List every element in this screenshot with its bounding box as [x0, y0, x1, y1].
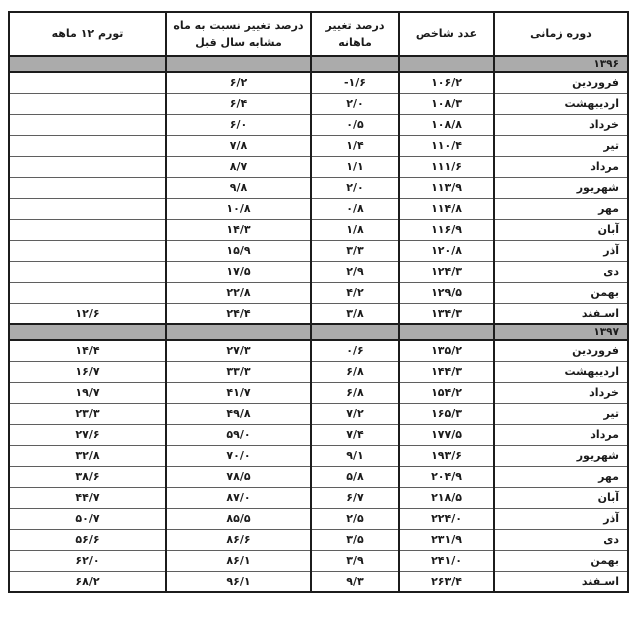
monthly-change-cell: ۵/۸ — [311, 466, 399, 487]
yoy-change-cell: ۶/۴ — [166, 93, 311, 114]
index-value-cell: ۲۲۴/۰ — [399, 508, 494, 529]
year-label-cell: ۱۳۹۶ — [494, 56, 628, 72]
month-name-cell: آبان — [494, 487, 628, 508]
header-monthly-change: درصد تغییر ماهانه — [311, 12, 399, 56]
yoy-change-cell: ۸۵/۵ — [166, 508, 311, 529]
index-value-cell: ۱۱۱/۶ — [399, 156, 494, 177]
monthly-change-cell: ۴/۲ — [311, 282, 399, 303]
index-value-cell: ۱۲۴/۳ — [399, 261, 494, 282]
month-name-cell: اسـفند — [494, 571, 628, 592]
yoy-change-cell: ۸/۷ — [166, 156, 311, 177]
yoy-change-cell: ۲۲/۸ — [166, 282, 311, 303]
annual-inflation-cell: ۵۰/۷ — [9, 508, 166, 529]
monthly-change-cell: ۷/۴ — [311, 424, 399, 445]
yoy-change-cell: ۲۴/۴ — [166, 303, 311, 324]
table-row: مهر ۱۱۴/۸ ۰/۸ ۱۰/۸ — [9, 198, 628, 219]
yoy-change-cell: ۱۰/۸ — [166, 198, 311, 219]
year-row: ۱۳۹۷ — [9, 324, 628, 340]
table-row: فروردین ۱۳۵/۲ ۰/۶ ۲۷/۳ ۱۴/۴ — [9, 340, 628, 361]
table-header: دوره زمانی عدد شاخص درصد تغییر ماهانه در… — [9, 12, 628, 56]
annual-inflation-cell — [9, 240, 166, 261]
annual-inflation-cell: ۱۴/۴ — [9, 340, 166, 361]
annual-inflation-cell — [9, 114, 166, 135]
header-annual-inflation: تورم ۱۲ ماهه — [9, 12, 166, 56]
index-value-cell: ۱۱۳/۹ — [399, 177, 494, 198]
table-row: آذر ۲۲۴/۰ ۲/۵ ۸۵/۵ ۵۰/۷ — [9, 508, 628, 529]
table-row: تیر ۱۱۰/۴ ۱/۴ ۷/۸ — [9, 135, 628, 156]
index-value-cell: ۱۱۴/۸ — [399, 198, 494, 219]
month-name-cell: مهر — [494, 198, 628, 219]
year-label-cell: ۱۳۹۷ — [494, 324, 628, 340]
monthly-change-cell: ۲/۵ — [311, 508, 399, 529]
index-value-cell: ۱۰۸/۳ — [399, 93, 494, 114]
yoy-change-cell: ۳۳/۳ — [166, 361, 311, 382]
monthly-change-cell: ۶/۸ — [311, 382, 399, 403]
monthly-change-cell: ۰/۶ — [311, 340, 399, 361]
table-row: اردیبهشت ۱۰۸/۳ ۲/۰ ۶/۴ — [9, 93, 628, 114]
table-row: اسـفند ۲۶۳/۴ ۹/۳ ۹۶/۱ ۶۸/۲ — [9, 571, 628, 592]
table-row: اردیبهشت ۱۴۴/۳ ۶/۸ ۳۳/۳ ۱۶/۷ — [9, 361, 628, 382]
month-name-cell: فروردین — [494, 340, 628, 361]
month-name-cell: شهریور — [494, 445, 628, 466]
annual-inflation-cell — [9, 198, 166, 219]
table-row: شهریور ۱۹۳/۶ ۹/۱ ۷۰/۰ ۳۲/۸ — [9, 445, 628, 466]
month-name-cell: خرداد — [494, 114, 628, 135]
index-value-cell: ۱۱۰/۴ — [399, 135, 494, 156]
table-row: مهر ۲۰۴/۹ ۵/۸ ۷۸/۵ ۳۸/۶ — [9, 466, 628, 487]
year-row: ۱۳۹۶ — [9, 56, 628, 72]
annual-inflation-cell: ۱۹/۷ — [9, 382, 166, 403]
index-value-cell: ۲۶۳/۴ — [399, 571, 494, 592]
monthly-change-cell: ۶/۷ — [311, 487, 399, 508]
monthly-change-cell: ۳/۹ — [311, 550, 399, 571]
header-index-number: عدد شاخص — [399, 12, 494, 56]
monthly-change-cell: ۱/۸ — [311, 219, 399, 240]
monthly-change-cell: ۳/۸ — [311, 303, 399, 324]
table-row: مرداد ۱۱۱/۶ ۱/۱ ۸/۷ — [9, 156, 628, 177]
year-row-empty-cell — [399, 56, 494, 72]
year-row-empty-cell — [9, 324, 166, 340]
table-row: آذر ۱۲۰/۸ ۳/۳ ۱۵/۹ — [9, 240, 628, 261]
annual-inflation-cell: ۶۲/۰ — [9, 550, 166, 571]
yoy-change-cell: ۷/۸ — [166, 135, 311, 156]
annual-inflation-cell — [9, 72, 166, 93]
month-name-cell: اسـفند — [494, 303, 628, 324]
annual-inflation-cell: ۴۴/۷ — [9, 487, 166, 508]
monthly-change-cell: ۹/۳ — [311, 571, 399, 592]
annual-inflation-cell: ۲۳/۳ — [9, 403, 166, 424]
table-row: آبان ۱۱۶/۹ ۱/۸ ۱۴/۳ — [9, 219, 628, 240]
index-value-cell: ۲۳۱/۹ — [399, 529, 494, 550]
month-name-cell: بهمن — [494, 550, 628, 571]
month-name-cell: آذر — [494, 508, 628, 529]
annual-inflation-cell — [9, 219, 166, 240]
yoy-change-cell: ۸۷/۰ — [166, 487, 311, 508]
monthly-change-cell: ۳/۵ — [311, 529, 399, 550]
month-name-cell: اردیبهشت — [494, 93, 628, 114]
cpi-table-container: دوره زمانی عدد شاخص درصد تغییر ماهانه در… — [8, 11, 627, 593]
yoy-change-cell: ۴۹/۸ — [166, 403, 311, 424]
header-period: دوره زمانی — [494, 12, 628, 56]
monthly-change-cell: ۶/۸ — [311, 361, 399, 382]
yoy-change-cell: ۲۷/۳ — [166, 340, 311, 361]
header-yoy-change: درصد تغییر نسبت به ماه مشابه سال قبل — [166, 12, 311, 56]
annual-inflation-cell — [9, 261, 166, 282]
index-value-cell: ۱۲۹/۵ — [399, 282, 494, 303]
yoy-change-cell: ۹/۸ — [166, 177, 311, 198]
table-row: آبان ۲۱۸/۵ ۶/۷ ۸۷/۰ ۴۴/۷ — [9, 487, 628, 508]
month-name-cell: مرداد — [494, 424, 628, 445]
table-row: اسـفند ۱۳۴/۳ ۳/۸ ۲۴/۴ ۱۲/۶ — [9, 303, 628, 324]
annual-inflation-cell — [9, 135, 166, 156]
year-row-empty-cell — [311, 56, 399, 72]
index-value-cell: ۲۴۱/۰ — [399, 550, 494, 571]
year-row-empty-cell — [311, 324, 399, 340]
monthly-change-cell: ۱/۱ — [311, 156, 399, 177]
table-row: خرداد ۱۰۸/۸ ۰/۵ ۶/۰ — [9, 114, 628, 135]
yoy-change-cell: ۱۴/۳ — [166, 219, 311, 240]
year-row-empty-cell — [399, 324, 494, 340]
month-name-cell: آبان — [494, 219, 628, 240]
yoy-change-cell: ۷۸/۵ — [166, 466, 311, 487]
table-row: بهمن ۲۴۱/۰ ۳/۹ ۸۶/۱ ۶۲/۰ — [9, 550, 628, 571]
annual-inflation-cell — [9, 177, 166, 198]
yoy-change-cell: ۶/۰ — [166, 114, 311, 135]
monthly-change-cell: ۲/۰ — [311, 177, 399, 198]
table-body: ۱۳۹۶ فروردین ۱۰۶/۲ -۱/۶ ۶/۲ اردیبهشت ۱۰۸… — [9, 56, 628, 592]
monthly-change-cell: ۷/۲ — [311, 403, 399, 424]
monthly-change-cell: -۱/۶ — [311, 72, 399, 93]
yoy-change-cell: ۱۷/۵ — [166, 261, 311, 282]
table-row: تیر ۱۶۵/۳ ۷/۲ ۴۹/۸ ۲۳/۳ — [9, 403, 628, 424]
index-value-cell: ۱۰۸/۸ — [399, 114, 494, 135]
annual-inflation-cell: ۳۸/۶ — [9, 466, 166, 487]
annual-inflation-cell: ۱۲/۶ — [9, 303, 166, 324]
year-row-empty-cell — [166, 56, 311, 72]
table-row: دی ۲۳۱/۹ ۳/۵ ۸۶/۶ ۵۶/۶ — [9, 529, 628, 550]
month-name-cell: دی — [494, 261, 628, 282]
index-value-cell: ۲۰۴/۹ — [399, 466, 494, 487]
cpi-table: دوره زمانی عدد شاخص درصد تغییر ماهانه در… — [8, 11, 629, 593]
monthly-change-cell: ۳/۳ — [311, 240, 399, 261]
year-row-empty-cell — [166, 324, 311, 340]
year-row-empty-cell — [9, 56, 166, 72]
index-value-cell: ۱۲۰/۸ — [399, 240, 494, 261]
monthly-change-cell: ۲/۰ — [311, 93, 399, 114]
month-name-cell: خرداد — [494, 382, 628, 403]
monthly-change-cell: ۱/۴ — [311, 135, 399, 156]
index-value-cell: ۱۷۷/۵ — [399, 424, 494, 445]
month-name-cell: اردیبهشت — [494, 361, 628, 382]
monthly-change-cell: ۲/۹ — [311, 261, 399, 282]
index-value-cell: ۱۶۵/۳ — [399, 403, 494, 424]
table-row: بهمن ۱۲۹/۵ ۴/۲ ۲۲/۸ — [9, 282, 628, 303]
annual-inflation-cell: ۶۸/۲ — [9, 571, 166, 592]
month-name-cell: مهر — [494, 466, 628, 487]
annual-inflation-cell — [9, 156, 166, 177]
month-name-cell: فروردین — [494, 72, 628, 93]
table-row: مرداد ۱۷۷/۵ ۷/۴ ۵۹/۰ ۲۷/۶ — [9, 424, 628, 445]
index-value-cell: ۲۱۸/۵ — [399, 487, 494, 508]
yoy-change-cell: ۱۵/۹ — [166, 240, 311, 261]
table-row: فروردین ۱۰۶/۲ -۱/۶ ۶/۲ — [9, 72, 628, 93]
yoy-change-cell: ۴۱/۷ — [166, 382, 311, 403]
month-name-cell: تیر — [494, 135, 628, 156]
yoy-change-cell: ۹۶/۱ — [166, 571, 311, 592]
monthly-change-cell: ۰/۸ — [311, 198, 399, 219]
yoy-change-cell: ۵۹/۰ — [166, 424, 311, 445]
month-name-cell: تیر — [494, 403, 628, 424]
index-value-cell: ۱۹۳/۶ — [399, 445, 494, 466]
index-value-cell: ۱۵۴/۲ — [399, 382, 494, 403]
index-value-cell: ۱۳۵/۲ — [399, 340, 494, 361]
annual-inflation-cell — [9, 93, 166, 114]
table-row: خرداد ۱۵۴/۲ ۶/۸ ۴۱/۷ ۱۹/۷ — [9, 382, 628, 403]
table-row: دی ۱۲۴/۳ ۲/۹ ۱۷/۵ — [9, 261, 628, 282]
month-name-cell: آذر — [494, 240, 628, 261]
monthly-change-cell: ۰/۵ — [311, 114, 399, 135]
annual-inflation-cell: ۱۶/۷ — [9, 361, 166, 382]
header-row: دوره زمانی عدد شاخص درصد تغییر ماهانه در… — [9, 12, 628, 56]
month-name-cell: شهریور — [494, 177, 628, 198]
yoy-change-cell: ۸۶/۶ — [166, 529, 311, 550]
month-name-cell: مرداد — [494, 156, 628, 177]
annual-inflation-cell: ۵۶/۶ — [9, 529, 166, 550]
yoy-change-cell: ۷۰/۰ — [166, 445, 311, 466]
table-row: شهریور ۱۱۳/۹ ۲/۰ ۹/۸ — [9, 177, 628, 198]
month-name-cell: دی — [494, 529, 628, 550]
annual-inflation-cell: ۳۲/۸ — [9, 445, 166, 466]
index-value-cell: ۱۳۴/۳ — [399, 303, 494, 324]
month-name-cell: بهمن — [494, 282, 628, 303]
annual-inflation-cell: ۲۷/۶ — [9, 424, 166, 445]
yoy-change-cell: ۶/۲ — [166, 72, 311, 93]
index-value-cell: ۱۱۶/۹ — [399, 219, 494, 240]
index-value-cell: ۱۴۴/۳ — [399, 361, 494, 382]
index-value-cell: ۱۰۶/۲ — [399, 72, 494, 93]
monthly-change-cell: ۹/۱ — [311, 445, 399, 466]
annual-inflation-cell — [9, 282, 166, 303]
yoy-change-cell: ۸۶/۱ — [166, 550, 311, 571]
